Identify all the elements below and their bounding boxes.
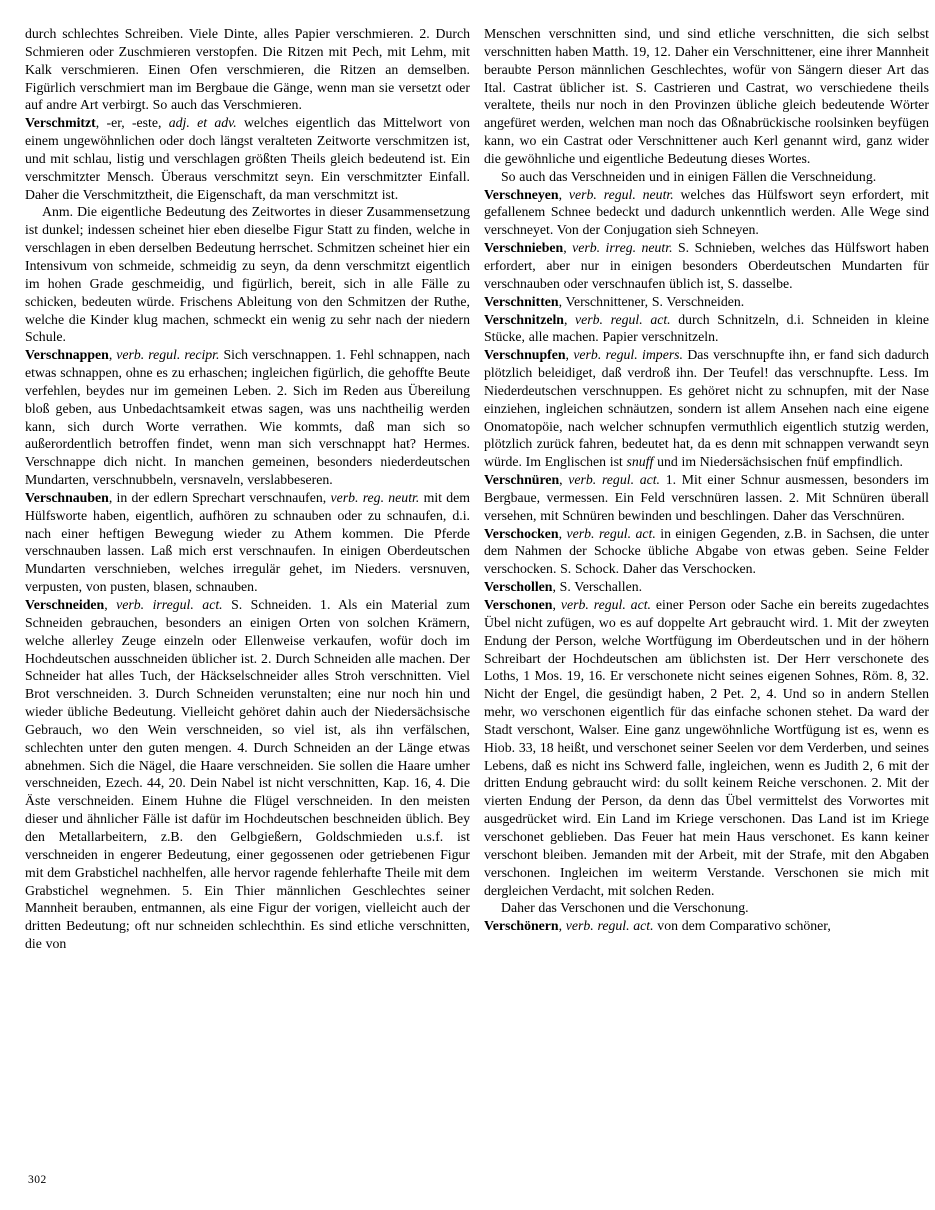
entry-headword: Verschönern [484, 918, 559, 933]
entry-text: , [564, 312, 575, 327]
grammar-label: verb. regul. neutr. [569, 187, 674, 202]
entry-headword: Verschocken [484, 526, 559, 541]
dictionary-entry: Verschnitzeln, verb. regul. act. durch S… [484, 311, 929, 347]
entry-text: , [104, 597, 116, 612]
dictionary-entry: Verschmitzt, -er, -este, adj. et adv. we… [25, 114, 470, 203]
entry-text: , [559, 187, 569, 202]
entry-text: , [552, 597, 560, 612]
paragraph: Menschen verschnitten sind, und sind etl… [484, 25, 929, 168]
dictionary-entry: Verschnupfen, verb. regul. impers. Das v… [484, 346, 929, 471]
paragraph: Anm. Die eigentliche Bedeutung des Zeitw… [25, 203, 470, 346]
dictionary-entry: Verschneyen, verb. regul. neutr. welches… [484, 186, 929, 240]
entry-text: Sich verschnappen. 1. Fehl schnappen, na… [25, 347, 470, 487]
entry-headword: Verschnüren [484, 472, 559, 487]
entry-text: Menschen verschnitten sind, und sind etl… [484, 26, 929, 166]
dictionary-entry: Verschnauben, in der edlern Sprechart ve… [25, 489, 470, 596]
grammar-label: verb. regul. act. [561, 597, 651, 612]
entry-text: , -er, -este, [96, 115, 169, 130]
grammar-label: verb. irreg. neutr. [572, 240, 672, 255]
grammar-label: verb. regul. recipr. [116, 347, 219, 362]
grammar-label: verb. regul. act. [575, 312, 671, 327]
entry-text: und im Niedersächsischen fnüf empfindlic… [653, 454, 903, 469]
grammar-label: verb. regul. act. [566, 918, 654, 933]
entry-text: Anm. Die eigentliche Bedeutung des Zeitw… [25, 204, 470, 344]
dictionary-entry: Verschönern, verb. regul. act. von dem C… [484, 917, 929, 935]
entry-text: , in der edlern Sprechart verschnaufen, [109, 490, 331, 505]
paragraph: durch schlechtes Schreiben. Viele Dinte,… [25, 25, 470, 114]
dictionary-entry: Verschocken, verb. regul. act. in einige… [484, 525, 929, 579]
entry-text: , [559, 526, 567, 541]
entry-headword: Verschnitten [484, 294, 559, 309]
dictionary-entry: Verschollen, S. Verschallen. [484, 578, 929, 596]
entry-headword: Verschnauben [25, 490, 109, 505]
entry-headword: Verschollen [484, 579, 552, 594]
dictionary-page: durch schlechtes Schreiben. Viele Dinte,… [0, 0, 935, 1210]
entry-text: mit dem Hülfsworte haben, eigentlich, au… [25, 490, 470, 594]
entry-headword: Verschnupfen [484, 347, 566, 362]
entry-text: durch schlechtes Schreiben. Viele Dinte,… [25, 26, 470, 112]
entry-text: , S. Verschallen. [552, 579, 642, 594]
grammar-label: verb. regul. act. [567, 526, 656, 541]
dictionary-entry: Verschnüren, verb. regul. act. 1. Mit ei… [484, 471, 929, 525]
dictionary-entry: Verschnitten, Verschnittener, S. Verschn… [484, 293, 929, 311]
dictionary-entry: Verschneiden, verb. irregul. act. S. Sch… [25, 596, 470, 953]
entry-headword: Verschnappen [25, 347, 109, 362]
entry-headword: Verschnitzeln [484, 312, 564, 327]
right-column: Menschen verschnitten sind, und sind etl… [484, 25, 929, 953]
grammar-label: adj. et adv. [169, 115, 237, 130]
text-columns: durch schlechtes Schreiben. Viele Dinte,… [0, 0, 935, 953]
entry-text: von dem Comparativo schöner, [654, 918, 831, 933]
entry-headword: Verschnieben [484, 240, 563, 255]
entry-headword: Verschneiden [25, 597, 104, 612]
entry-text: einer Person oder Sache ein bereits zuge… [484, 597, 929, 898]
paragraph: So auch das Verschneiden und in einigen … [484, 168, 929, 186]
entry-headword: Verschneyen [484, 187, 559, 202]
entry-text: , [563, 240, 572, 255]
left-column: durch schlechtes Schreiben. Viele Dinte,… [25, 25, 470, 953]
grammar-label: verb. regul. act. [568, 472, 660, 487]
paragraph: Daher das Verschonen und die Verschonung… [484, 899, 929, 917]
entry-headword: Verschonen [484, 597, 552, 612]
dictionary-entry: Verschonen, verb. regul. act. einer Pers… [484, 596, 929, 899]
entry-text: , [559, 472, 568, 487]
grammar-label: verb. irregul. act. [116, 597, 222, 612]
grammar-label: verb. regul. impers. [573, 347, 683, 362]
entry-text: So auch das Verschneiden und in einigen … [501, 169, 876, 184]
entry-text: Daher das Verschonen und die Verschonung… [501, 900, 749, 915]
entry-text: Das verschnupfte ihn, er fand sich dadur… [484, 347, 929, 469]
dictionary-entry: Verschnieben, verb. irreg. neutr. S. Sch… [484, 239, 929, 293]
grammar-label: verb. reg. neutr. [330, 490, 419, 505]
entry-text: , Verschnittener, S. Verschneiden. [559, 294, 745, 309]
grammar-label: snuff [627, 454, 654, 469]
page-number: 302 [28, 1174, 47, 1186]
entry-headword: Verschmitzt [25, 115, 96, 130]
dictionary-entry: Verschnappen, verb. regul. recipr. Sich … [25, 346, 470, 489]
entry-text: S. Schneiden. 1. Als ein Material zum Sc… [25, 597, 470, 951]
entry-text: , [559, 918, 566, 933]
